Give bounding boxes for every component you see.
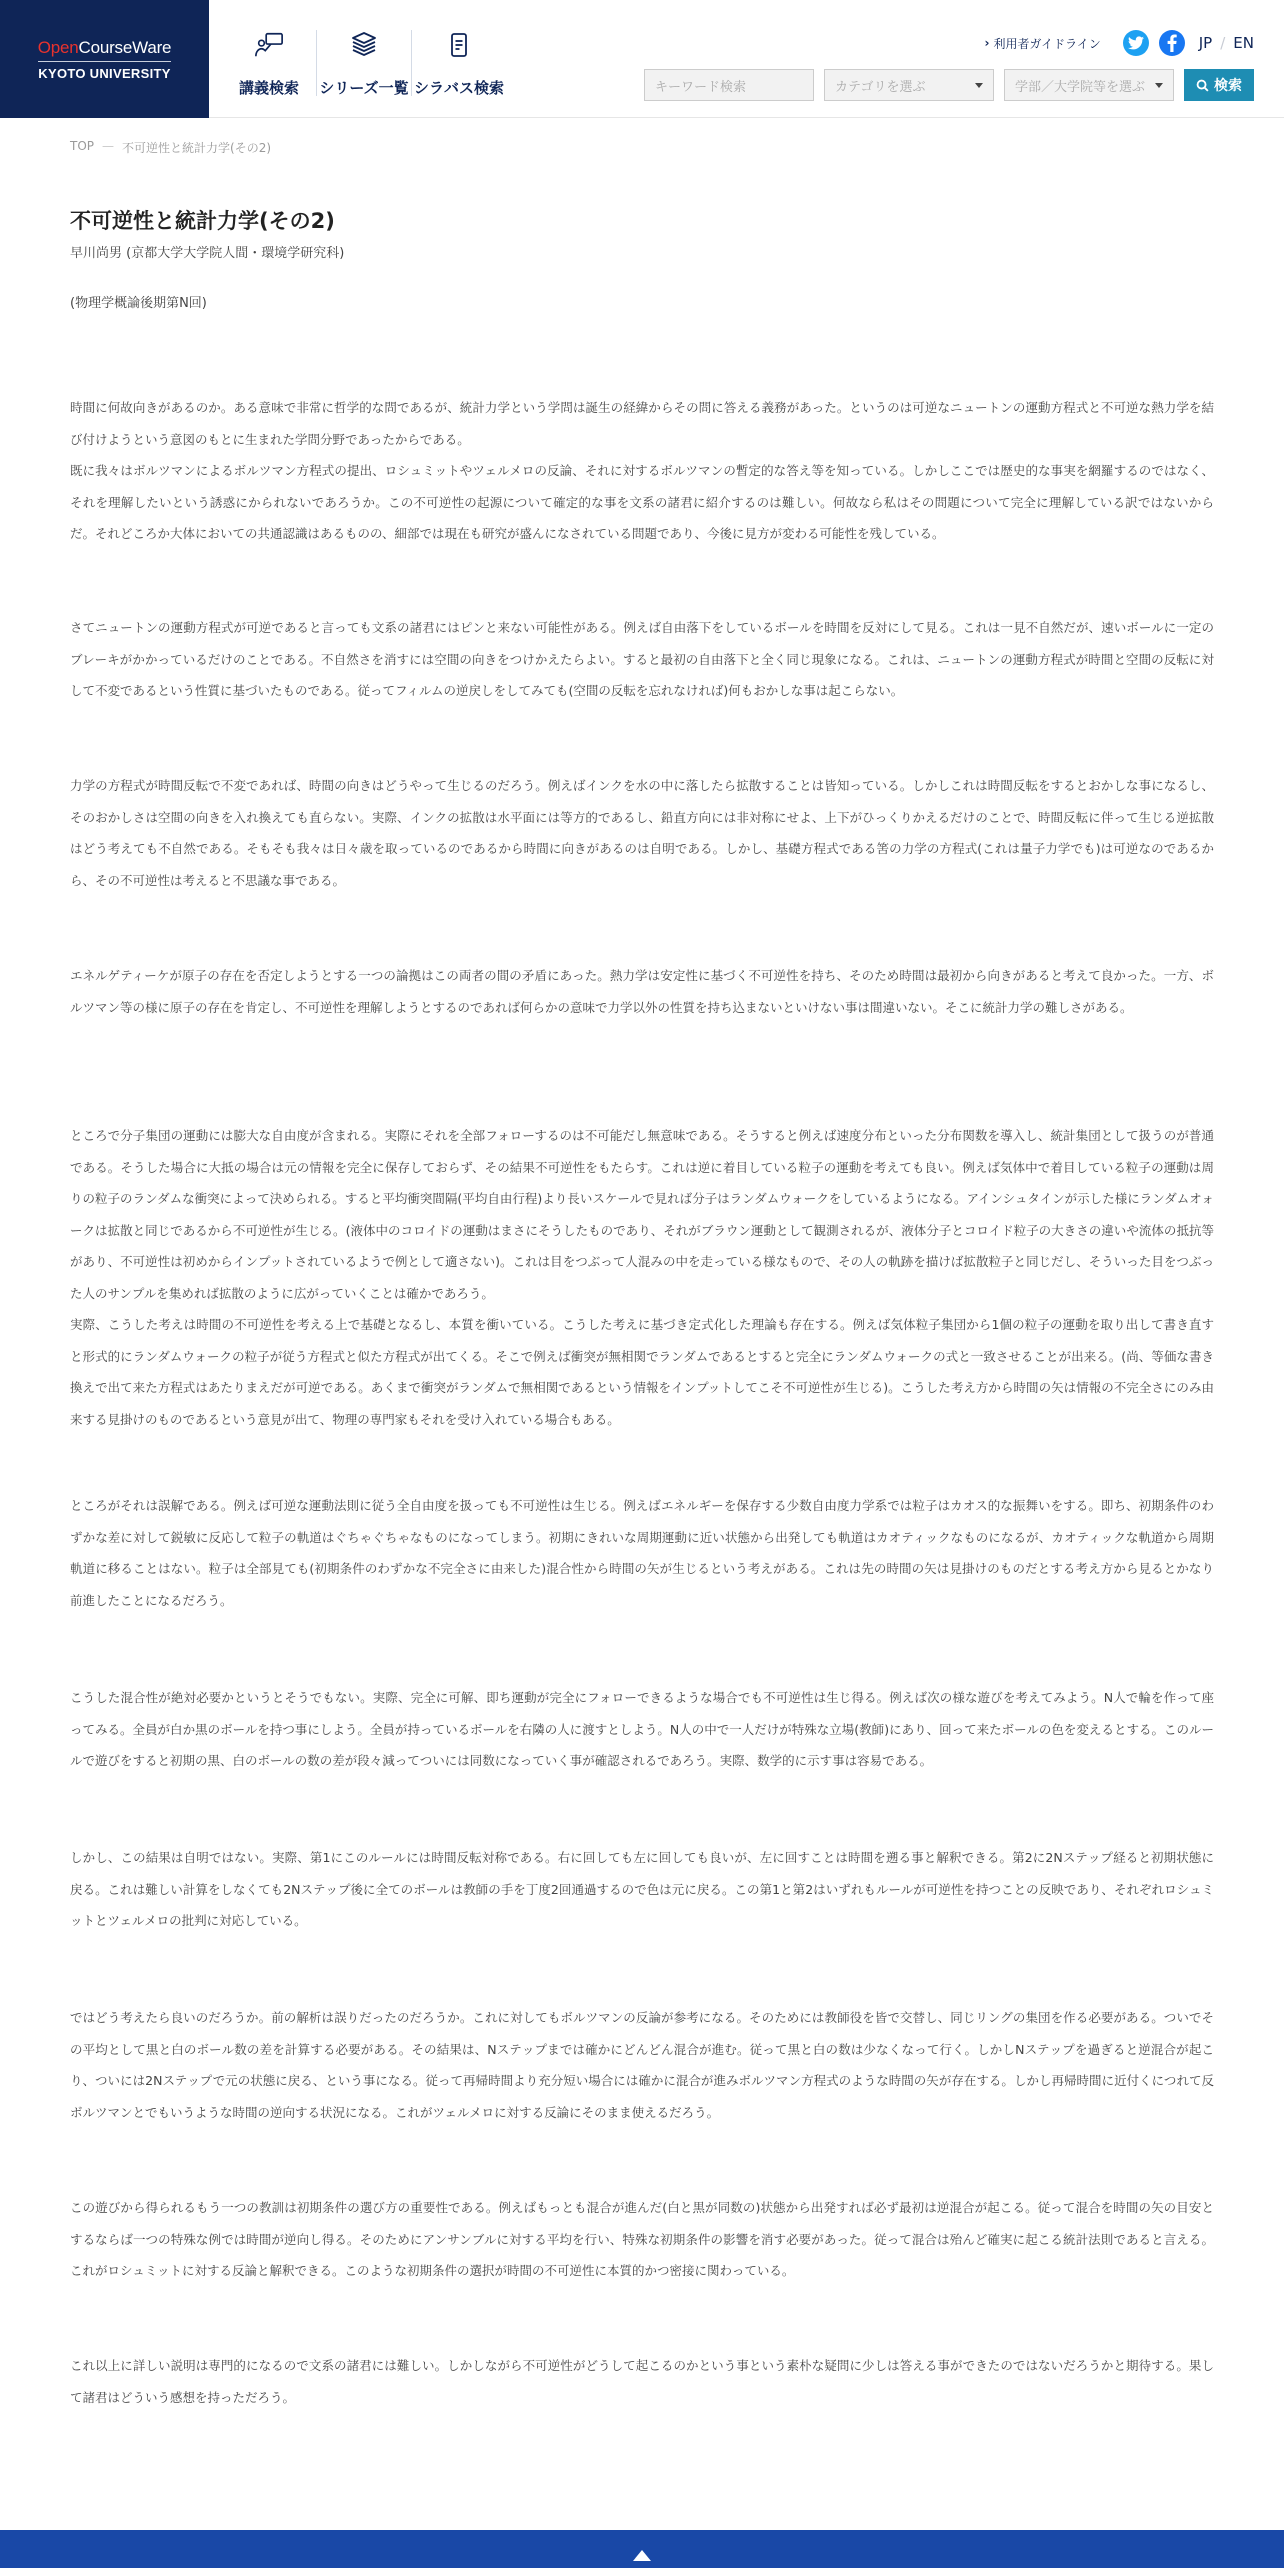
- breadcrumb: TOP — 不可逆性と統計力学(その2): [70, 139, 271, 156]
- logo-wordmark: OpenCourseWare: [38, 38, 172, 62]
- utility-bar: › 利用者ガイドライン JP / EN: [985, 30, 1254, 56]
- logo-open: Open: [38, 38, 79, 57]
- paragraph: 力学の方程式が時間反転で不変であれば、時間の向きはどうやって生じるのだろう。例え…: [70, 770, 1214, 896]
- page-footer: [0, 2530, 1284, 2568]
- article-section-10: この遊びから得られるもう一つの教訓は初期条件の選び方の重要性である。例えばもっと…: [70, 2192, 1214, 2287]
- main-nav: 講義検索 シリーズ一覧 シラバス検索: [222, 30, 506, 98]
- breadcrumb-separator: —: [102, 139, 114, 156]
- article-section-9: ではどう考えたら良いのだろうか。前の解析は誤りだったのだろうか。これに対してもボ…: [70, 2002, 1214, 2128]
- nav-syllabus-search[interactable]: シラバス検索: [412, 30, 506, 98]
- paragraph: これ以上に詳しい説明は専門的になるので文系の諸君には難しい。しかしながら不可逆性…: [70, 2350, 1214, 2413]
- article-section-8: しかし、この結果は自明ではない。実際、第1にこのルールには時間反転対称である。右…: [70, 1842, 1214, 1937]
- guide-label: 利用者ガイドライン: [993, 35, 1100, 52]
- search-button[interactable]: 検索: [1184, 69, 1254, 101]
- breadcrumb-top[interactable]: TOP: [70, 139, 94, 156]
- paragraph: 実際、こうした考えは時間の不可逆性を考える上で基礎となるし、本質を衝いている。こ…: [70, 1309, 1214, 1435]
- document-icon: [444, 30, 474, 60]
- paragraph: ではどう考えたら良いのだろうか。前の解析は誤りだったのだろうか。これに対してもボ…: [70, 2002, 1214, 2128]
- twitter-button[interactable]: [1123, 30, 1149, 56]
- article-section-1: 時間に何故向きがあるのか。ある意味で非常に哲学的な問であるが、統計力学という学問…: [70, 392, 1214, 550]
- lang-jp[interactable]: JP: [1199, 34, 1212, 52]
- nav-label: シラバス検索: [414, 77, 504, 98]
- course-info: (物理学概論後期第N回): [70, 294, 1214, 314]
- keyword-placeholder: キーワード検索: [655, 76, 746, 95]
- user-guideline-link[interactable]: › 利用者ガイドライン: [985, 35, 1101, 52]
- faculty-select[interactable]: 学部／大学院等を選ぶ: [1004, 69, 1174, 101]
- faculty-placeholder: 学部／大学院等を選ぶ: [1015, 76, 1145, 95]
- article-author: 早川尚男 (京都大学大学院人間・環境学研究科): [70, 244, 1214, 264]
- facebook-icon: [1166, 34, 1178, 52]
- arrow-up-icon[interactable]: [633, 2550, 651, 2561]
- nav-lecture-search[interactable]: 講義検索: [222, 30, 316, 98]
- stack-icon: [349, 30, 379, 60]
- chevron-right-icon: ›: [985, 36, 990, 50]
- paragraph: こうした混合性が絶対必要かというとそうでもない。実際、完全に可解、即ち運動が完全…: [70, 1682, 1214, 1777]
- caret-down-icon: [975, 83, 983, 88]
- nav-label: 講義検索: [239, 77, 299, 98]
- nav-series-list[interactable]: シリーズ一覧: [317, 30, 411, 98]
- article-section-11: これ以上に詳しい説明は専門的になるので文系の諸君には難しい。しかしながら不可逆性…: [70, 2350, 1214, 2413]
- lang-separator: /: [1220, 34, 1225, 52]
- facebook-button[interactable]: [1159, 30, 1185, 56]
- paragraph: しかし、この結果は自明ではない。実際、第1にこのルールには時間反転対称である。右…: [70, 1842, 1214, 1937]
- paragraph: この遊びから得られるもう一つの教訓は初期条件の選び方の重要性である。例えばもっと…: [70, 2192, 1214, 2287]
- site-header: OpenCourseWare KYOTO UNIVERSITY 講義検索 シリー…: [0, 0, 1284, 118]
- page-title: 不可逆性と統計力学(その2): [70, 205, 1214, 237]
- article-section-4: エネルゲティーケが原子の存在を否定しようとする一つの論拠はこの両者の間の矛盾にあ…: [70, 960, 1214, 1023]
- paragraph: 時間に何故向きがあるのか。ある意味で非常に哲学的な問であるが、統計力学という学問…: [70, 392, 1214, 455]
- language-switcher: JP / EN: [1199, 34, 1254, 52]
- logo-subtitle: KYOTO UNIVERSITY: [38, 66, 170, 81]
- search-icon: [1196, 79, 1209, 92]
- paragraph: ところで分子集団の運動には膨大な自由度が含まれる。実際にそれを全部フォローするの…: [70, 1120, 1214, 1309]
- article-header: 不可逆性と統計力学(その2) 早川尚男 (京都大学大学院人間・環境学研究科) (…: [70, 205, 1214, 314]
- paragraph: エネルゲティーケが原子の存在を否定しようとする一つの論拠はこの両者の間の矛盾にあ…: [70, 960, 1214, 1023]
- paragraph: 既に我々はボルツマンによるボルツマン方程式の提出、ロシュミットやツェルメロの反論…: [70, 455, 1214, 550]
- article-section-5: ところで分子集団の運動には膨大な自由度が含まれる。実際にそれを全部フォローするの…: [70, 1120, 1214, 1435]
- nav-label: シリーズ一覧: [319, 77, 408, 98]
- article-section-3: 力学の方程式が時間反転で不変であれば、時間の向きはどうやって生じるのだろう。例え…: [70, 770, 1214, 896]
- breadcrumb-current: 不可逆性と統計力学(その2): [122, 139, 271, 156]
- site-logo[interactable]: OpenCourseWare KYOTO UNIVERSITY: [0, 0, 209, 118]
- article-section-2: さてニュートンの運動方程式が可逆であると言っても文系の諸君にはピンと来ない可能性…: [70, 612, 1214, 707]
- article-section-6: ところがそれは誤解である。例えば可逆な運動法則に従う全自由度を扱っても不可逆性は…: [70, 1490, 1214, 1616]
- category-select[interactable]: カテゴリを選ぶ: [824, 69, 994, 101]
- search-button-label: 検索: [1214, 75, 1242, 95]
- caret-down-icon: [1155, 83, 1163, 88]
- paragraph: さてニュートンの運動方程式が可逆であると言っても文系の諸君にはピンと来ない可能性…: [70, 612, 1214, 707]
- keyword-search-input[interactable]: キーワード検索: [644, 69, 814, 101]
- twitter-icon: [1128, 36, 1144, 50]
- category-placeholder: カテゴリを選ぶ: [835, 76, 925, 95]
- paragraph: ところがそれは誤解である。例えば可逆な運動法則に従う全自由度を扱っても不可逆性は…: [70, 1490, 1214, 1616]
- logo-courseware: CourseWare: [79, 38, 172, 57]
- search-bar: キーワード検索 カテゴリを選ぶ 学部／大学院等を選ぶ 検索: [644, 69, 1254, 101]
- lang-en[interactable]: EN: [1233, 34, 1254, 52]
- lecture-icon: [254, 30, 284, 60]
- article-section-7: こうした混合性が絶対必要かというとそうでもない。実際、完全に可解、即ち運動が完全…: [70, 1682, 1214, 1777]
